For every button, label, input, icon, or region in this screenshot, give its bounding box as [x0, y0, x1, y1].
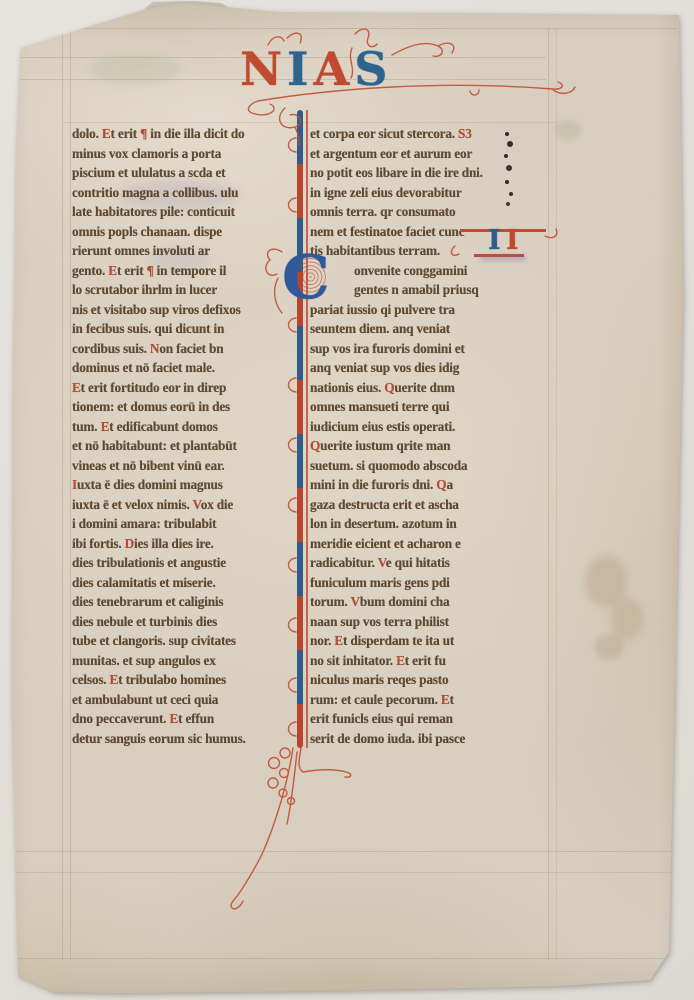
stain	[610, 598, 644, 640]
text-line: rum: et caule pecorum. Et	[310, 690, 544, 710]
text-line: anq veniat sup vos dies idig	[310, 358, 544, 378]
text-line: in igne zeli eius devorabitur	[310, 183, 544, 203]
text-line: torum. Vbum domini cha	[310, 592, 544, 612]
text-line: et argentum eor et aurum eor	[310, 144, 544, 164]
text-line: sup vos ira furoris domini et	[310, 339, 544, 359]
numeral-rule	[460, 229, 546, 232]
text-line: meridie eicient et acharon e	[310, 534, 544, 554]
text-line: onvenite conggamini	[310, 261, 544, 281]
text-line: minus vox clamoris a porta	[72, 144, 300, 164]
initial-letter: C	[282, 243, 330, 313]
text-line: cordibus suis. Non faciet bn	[72, 339, 300, 359]
text-line: iudicium eius estis operati.	[310, 417, 544, 437]
text-line: gento. Et erit ¶ in tempore il	[72, 261, 300, 281]
text-line: rierunt omnes involuti ar	[72, 241, 300, 261]
numeral-smudge	[480, 255, 526, 261]
running-title-letter: A	[314, 46, 350, 92]
leaf-wrapper: N I A S dolo. Et erit ¶ in die illa dici…	[0, 0, 694, 1000]
text-line: Iuxta ē dies domini magnus	[72, 475, 300, 495]
numeral-letter: I	[488, 226, 501, 256]
ruling-line	[62, 28, 63, 960]
decorated-bar	[297, 110, 303, 748]
text-line: iuxta ē et velox nimis. Vox die	[72, 495, 300, 515]
text-line: celsos. Et tribulabo homines	[72, 670, 300, 690]
text-line: dies tenebrarum et caliginis	[72, 592, 300, 612]
ruling-line	[16, 958, 668, 959]
text-line: gaza destructa erit et ascha	[310, 495, 544, 515]
running-title-letter: I	[287, 46, 309, 92]
text-line: tionem: et domus eorū in des	[72, 397, 300, 417]
text-line: dies tribulationis et angustie	[72, 553, 300, 573]
ruling-line	[16, 872, 672, 873]
text-line: et ambulabunt ut ceci quia	[72, 690, 300, 710]
stain	[555, 120, 581, 140]
manuscript-leaf: N I A S dolo. Et erit ¶ in die illa dici…	[0, 0, 694, 1000]
text-line: munitas. et sup angulos ex	[72, 651, 300, 671]
text-line: niculus maris reqes pasto	[310, 670, 544, 690]
ruling-line	[70, 28, 71, 960]
text-line: gentes n amabil priusq	[310, 280, 544, 300]
text-line: dies nebule et turbinis dies	[72, 612, 300, 632]
text-line: dominus et nō faciet male.	[72, 358, 300, 378]
chapter-numeral: I I	[458, 224, 548, 262]
ruling-line	[16, 851, 672, 852]
text-line: dies calamitatis et miserie.	[72, 573, 300, 593]
text-column-right: et corpa eor sicut stercora. S3et argent…	[310, 124, 544, 748]
text-line: funiculum maris gens pdi	[310, 573, 544, 593]
text-line: nationis eius. Querite dnm	[310, 378, 544, 398]
text-line: seuntem diem. anq veniat	[310, 319, 544, 339]
text-line: mini in die furoris dni. Qa	[310, 475, 544, 495]
text-line: piscium et ululatus a scda et	[72, 163, 300, 183]
chapter-initial: C	[282, 247, 332, 311]
running-title: N I A S	[240, 40, 410, 92]
numeral-letter: I	[506, 226, 519, 256]
stain	[88, 55, 183, 83]
text-line: suetum. si quomodo abscoda	[310, 456, 544, 476]
stain	[585, 555, 627, 607]
text-line: omnes mansueti terre qui	[310, 397, 544, 417]
decorated-bar-redline	[306, 110, 308, 748]
ruling-line	[548, 28, 549, 960]
text-line: pariat iussio qi pulvere tra	[310, 300, 544, 320]
text-line: et corpa eor sicut stercora. S3	[310, 124, 544, 144]
text-line: no sit inhitator. Et erit fu	[310, 651, 544, 671]
text-line: et nō habitabunt: et plantabūt	[72, 436, 300, 456]
running-title-letter: S	[354, 46, 387, 92]
ruling-line	[556, 28, 557, 960]
text-line: detur sanguis eorum sic humus.	[72, 729, 300, 749]
text-line: dno peccaverunt. Et effun	[72, 709, 300, 729]
text-line: lon in desertum. azotum in	[310, 514, 544, 534]
text-line: vineas et nō bibent vinū ear.	[72, 456, 300, 476]
text-line: ibi fortis. Dies illa dies ire.	[72, 534, 300, 554]
text-line: serit de domo iuda. ibi pasce	[310, 729, 544, 749]
text-column-left: dolo. Et erit ¶ in die illa dicit dominu…	[72, 124, 300, 748]
text-line: Querite iustum qrite man	[310, 436, 544, 456]
text-line: omnis terra. qr consumato	[310, 202, 544, 222]
text-line: naan sup vos terra philist	[310, 612, 544, 632]
ruling-line	[16, 28, 676, 29]
text-line: erit funicls eius qui reman	[310, 709, 544, 729]
text-line: Et erit fortitudo eor in direp	[72, 378, 300, 398]
text-line: late habitatores pile: conticuit	[72, 202, 300, 222]
text-line: nis et visitabo sup viros defixos	[72, 300, 300, 320]
text-line: lo scrutabor ihrlm in lucer	[72, 280, 300, 300]
text-line: tum. Et edificabunt domos	[72, 417, 300, 437]
ruling-line	[62, 122, 556, 123]
text-line: nor. Et disperdam te ita ut	[310, 631, 544, 651]
text-line: radicabitur. Ve qui hitatis	[310, 553, 544, 573]
text-line: dolo. Et erit ¶ in die illa dicit do	[72, 124, 300, 144]
text-line: omnis popls chanaan. dispe	[72, 222, 300, 242]
text-line: tube et clangoris. sup civitates	[72, 631, 300, 651]
running-title-letter: N	[240, 46, 282, 92]
text-line: in fecibus suis. qui dicunt in	[72, 319, 300, 339]
stain	[594, 634, 624, 660]
text-line: no potit eos libare in die ire dni.	[310, 163, 544, 183]
text-line: contritio magna a collibus. ulu	[72, 183, 300, 203]
text-line: i domini amara: tribulabit	[72, 514, 300, 534]
background-mat: N I A S dolo. Et erit ¶ in die illa dici…	[0, 0, 694, 1000]
